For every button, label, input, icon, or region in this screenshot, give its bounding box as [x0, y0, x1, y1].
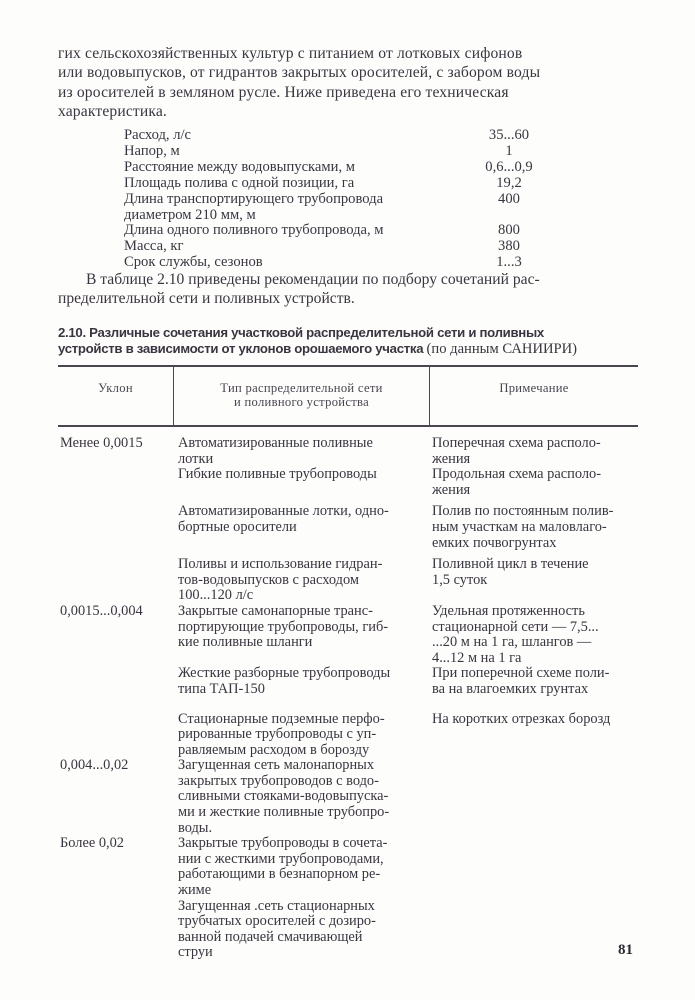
table-row: Жесткие разборные трубопроводытипа ТАП-1… — [178, 666, 638, 697]
table-row: Закрытые трубопроводы в сочета-нии с жес… — [178, 836, 638, 898]
note-cell — [432, 758, 638, 836]
spec-row: Длина транспортирующего трубопроводадиам… — [124, 192, 574, 224]
spec-value: 1 — [444, 144, 574, 160]
network-type-cell: Автоматизированные лотки, одно-бортные о… — [178, 504, 432, 551]
slope-group: Менее 0,0015Автоматизированные поливныел… — [58, 436, 638, 604]
spec-value: 1...3 — [444, 255, 574, 271]
table-row: Автоматизированные поливныелоткиПоперечн… — [178, 436, 638, 467]
spec-value: 400 — [444, 192, 574, 224]
network-type-cell: Закрытые самонапорные транс-портирующие … — [178, 604, 432, 666]
note-cell: Удельная протяженностьстационарной сети … — [432, 604, 638, 666]
intro-line: или водовыпусков, от гидрантов закрытых … — [58, 63, 636, 82]
spec-label: Расход, л/с — [124, 128, 444, 144]
irrigation-table: Уклон Тип распределительной сети и полив… — [58, 365, 638, 427]
table-row: Загущенная сеть малонапорныхзакрытых тру… — [178, 758, 638, 836]
spec-row: Длина одного поливного трубопровода, м80… — [124, 223, 574, 239]
caption-title-line1: Различные сочетания участковой распредел… — [89, 325, 544, 340]
table-row: Загущенная .сеть стационарныхтрубчатых о… — [178, 899, 638, 961]
network-type-cell: Загущенная сеть малонапорныхзакрытых тру… — [178, 758, 432, 836]
spec-label: Расстояние между водовыпусками, м — [124, 160, 444, 176]
paragraph-line: пределительной сети и поливных устройств… — [58, 289, 636, 308]
network-type-cell: Автоматизированные поливныелотки — [178, 436, 432, 467]
slope-group: Более 0,02Закрытые трубопроводы в сочета… — [58, 836, 638, 961]
spec-row: Напор, м1 — [124, 144, 574, 160]
book-page: гих сельскохозяйственных культур с питан… — [0, 0, 695, 1000]
spec-value: 35...60 — [444, 128, 574, 144]
note-cell — [432, 899, 638, 961]
table-row: Закрытые самонапорные транс-портирующие … — [178, 604, 638, 666]
spec-label: Длина одного поливного трубопровода, м — [124, 223, 444, 239]
spec-label: Срок службы, сезонов — [124, 255, 444, 271]
note-cell: Поливной цикл в течение1,5 суток — [432, 557, 638, 604]
network-type-cell: Гибкие поливные трубопроводы — [178, 467, 432, 498]
slope-value: Менее 0,0015 — [58, 436, 178, 604]
network-type-cell: Стационарные подземные перфо-рированные … — [178, 712, 432, 759]
intro-line: из оросителей в земляном русле. Ниже при… — [58, 83, 636, 102]
spec-value: 0,6...0,9 — [444, 160, 574, 176]
network-type-cell: Поливы и использование гидран-тов-водовы… — [178, 557, 432, 604]
caption-source: (по данным САНИИРИ) — [427, 341, 578, 357]
intro-line: характеристика. — [58, 102, 636, 121]
note-cell: При поперечной схеме поли-ва на влагоемк… — [432, 666, 638, 697]
spec-label: Масса, кг — [124, 239, 444, 255]
note-cell — [432, 836, 638, 898]
network-type-cell: Жесткие разборные трубопроводытипа ТАП-1… — [178, 666, 432, 697]
table-body: Менее 0,0015Автоматизированные поливныел… — [58, 436, 638, 961]
slope-group: 0,0015...0,004Закрытые самонапорные тран… — [58, 604, 638, 758]
table-row: Гибкие поливные трубопроводыПродольная с… — [178, 467, 638, 498]
network-type-cell: Загущенная .сеть стационарныхтрубчатых о… — [178, 899, 432, 961]
page-number: 81 — [618, 942, 633, 959]
note-cell: Поперечная схема располо-жения — [432, 436, 638, 467]
header-note: Примечание — [430, 367, 638, 425]
table-caption: 2.10. Различные сочетания участковой рас… — [58, 325, 640, 358]
header-slope: Уклон — [58, 367, 174, 425]
slope-value: 0,0015...0,004 — [58, 604, 178, 758]
spec-row: Расход, л/с35...60 — [124, 128, 574, 144]
intro-line: гих сельскохозяйственных культур с питан… — [58, 44, 636, 63]
table-number: 2.10. — [58, 325, 86, 340]
spec-label: Длина транспортирующего трубопроводадиам… — [124, 192, 444, 224]
table-reference-paragraph: В таблице 2.10 приведены рекомендации по… — [58, 270, 636, 309]
intro-paragraph: гих сельскохозяйственных культур с питан… — [58, 44, 636, 121]
technical-specifications: Расход, л/с35...60Напор, м1Расстояние ме… — [124, 128, 574, 271]
spec-row: Срок службы, сезонов1...3 — [124, 255, 574, 271]
spec-label: Площадь полива с одной позиции, га — [124, 176, 444, 192]
note-cell: На коротких отрезках борозд — [432, 712, 638, 759]
spec-row: Площадь полива с одной позиции, га19,2 — [124, 176, 574, 192]
paragraph-line: В таблице 2.10 приведены рекомендации по… — [58, 270, 636, 289]
spec-row: Масса, кг380 — [124, 239, 574, 255]
note-cell: Продольная схема располо-жения — [432, 467, 638, 498]
caption-title-line2: устройств в зависимости от уклонов ороша… — [58, 341, 423, 356]
slope-group: 0,004...0,02Загущенная сеть малонапорных… — [58, 758, 638, 836]
table-header: Уклон Тип распределительной сети и полив… — [58, 367, 638, 427]
slope-value: Более 0,02 — [58, 836, 178, 961]
network-type-cell: Закрытые трубопроводы в сочета-нии с жес… — [178, 836, 432, 898]
note-cell: Полив по постоянным полив-ным участкам н… — [432, 504, 638, 551]
spec-label: Напор, м — [124, 144, 444, 160]
header-network-type: Тип распределительной сети и поливного у… — [174, 367, 430, 425]
spec-value: 19,2 — [444, 176, 574, 192]
spec-value: 380 — [444, 239, 574, 255]
slope-value: 0,004...0,02 — [58, 758, 178, 836]
table-row: Поливы и использование гидран-тов-водовы… — [178, 557, 638, 604]
table-row: Автоматизированные лотки, одно-бортные о… — [178, 504, 638, 551]
table-row: Стационарные подземные перфо-рированные … — [178, 712, 638, 759]
spec-value: 800 — [444, 223, 574, 239]
spec-row: Расстояние между водовыпусками, м0,6...0… — [124, 160, 574, 176]
